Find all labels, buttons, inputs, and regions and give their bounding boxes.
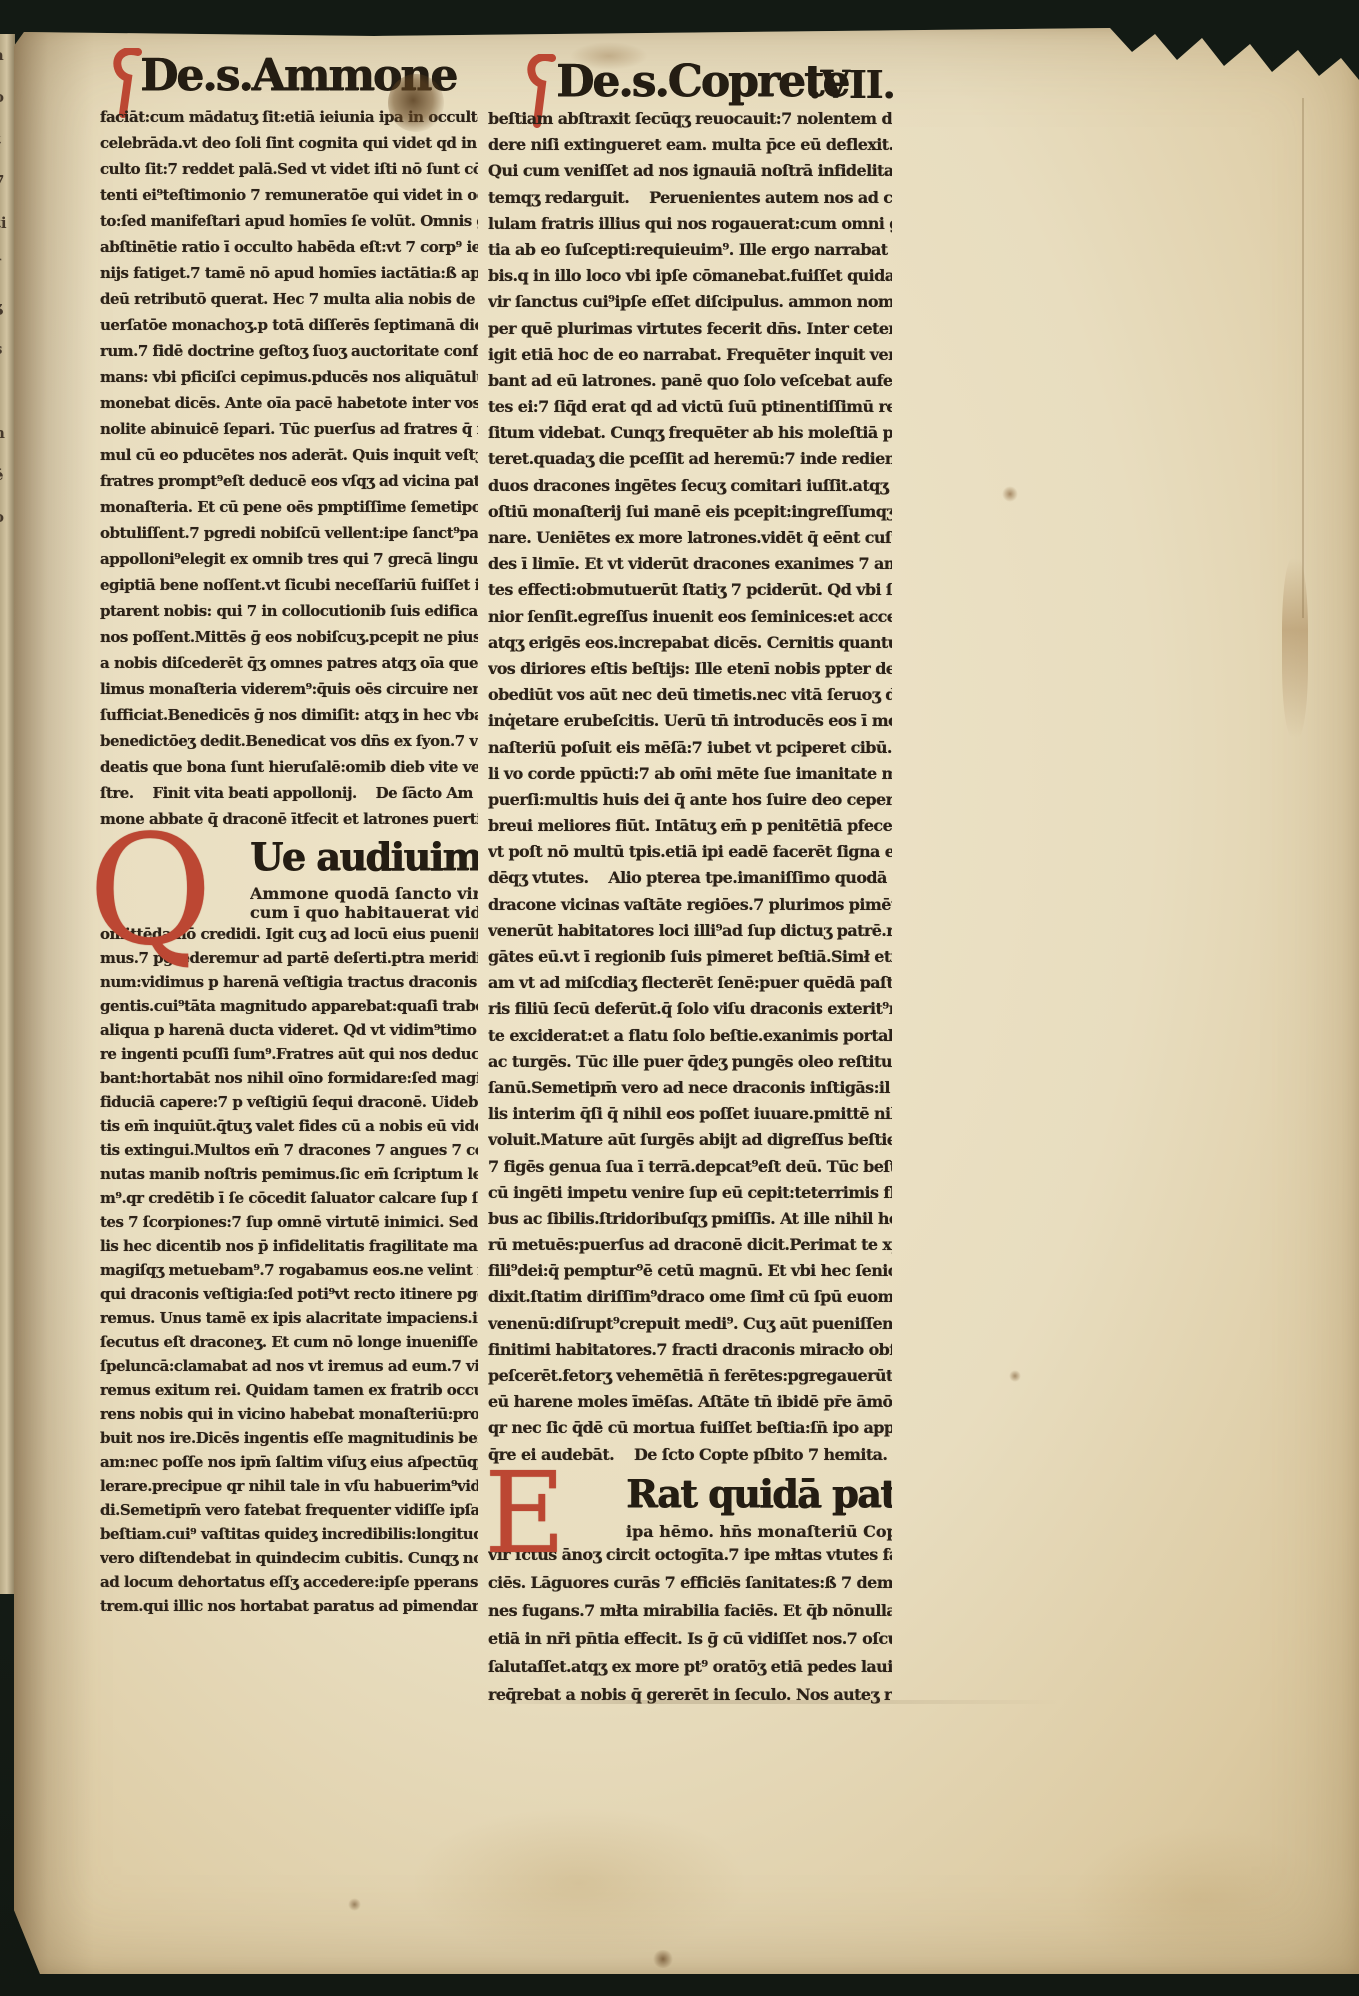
text-line: nes fugans.7 młta mirabilia faciēs. Et q… <box>488 1597 892 1625</box>
marginalia-fragment: 7 <box>0 160 15 202</box>
text-line: fratres prompt⁹eſt deducē eos vſqʒ ad vi… <box>100 468 478 494</box>
drop-cap-e: E <box>484 1466 566 1562</box>
text-line: tes ei:7 ſiq̄d erat qd ad victū ſuū ptin… <box>488 394 892 420</box>
text-line: ptarent nobis: qui 7 in collocutionib ſu… <box>100 598 478 624</box>
text-line: nos poſſent.Mittēs ḡ eos nobiſcuʒ.pcepit… <box>100 624 478 650</box>
text-line: mans: vbi pficiſci cepimus.pducēs nos al… <box>100 364 478 390</box>
text-line: dēqʒ vtutes. Alio pterea tpe.imaniſſimo … <box>488 865 892 891</box>
text-line: tenti ei⁹teſtimonio 7 remuneratōe qui vi… <box>100 182 478 208</box>
text-line: bus ac ſibilis.ſtridoribuſqʒ pmiſſis. At… <box>488 1206 892 1232</box>
text-line: deatis que bona ſunt hieruſalē:omib dieb… <box>100 754 478 780</box>
incunable-page-photo: aot7tiſʒsīnēo De.s.Ammone De.s.Coprete .… <box>0 0 1359 1996</box>
text-line: teret.quadaʒ die pceſſit ad heremū:7 ind… <box>488 446 892 472</box>
text-line: voluit.Mature aūt ſurgēs abijt ad digreſ… <box>488 1127 892 1153</box>
text-line: vt poſt nō multū tpis.etiā ipi eadē face… <box>488 839 892 865</box>
text-line: ris filiū ſecū deferūt.q̄ ſolo viſu drac… <box>488 996 892 1022</box>
text-line: vos diriores eſtis beſtijs: Ille etenī n… <box>488 656 892 682</box>
text-line: Ammone quodā ſancto viro.cui⁹ etiā lo <box>250 884 478 903</box>
text-line: temqʒ redarguit. Peruenientes autem nos … <box>488 185 892 211</box>
running-title-left: De.s.Ammone <box>140 50 456 102</box>
text-line: tes effecti:obmutuerūt ſtatiʒ 7 pciderūt… <box>488 577 892 603</box>
marginalia-fragment: o <box>0 76 15 118</box>
text-line: a nobis diſcederēt q̄ʒ omnes patres atqʒ… <box>100 650 478 676</box>
water-stain <box>414 1808 744 1958</box>
text-column-left: faciāt:cum mādatuʒ ſit:etiā ieiunia ipa … <box>100 104 478 1618</box>
text-line: am vt ad miſcdiaʒ flecterēt ſenē:puer qu… <box>488 970 892 996</box>
text-line: venerūt habitatores loci illi⁹ad ſup dic… <box>488 918 892 944</box>
chapter-opening-ammone: Q Ue audiuimus de Ammone quodā ſancto vi… <box>100 832 478 922</box>
text-line: ſitum videbat. Cunqʒ frequēter ab his mo… <box>488 420 892 446</box>
text-line: tis em̄ inquiūt.q̄tuʒ valet fides cū a n… <box>100 1114 478 1138</box>
right-column-upper-text: beſtiam abſtraxit ſecūqʒ reuocauit:7 nol… <box>488 106 892 1468</box>
fox-spot <box>652 1950 674 1968</box>
text-line: Qui cum veniſſet ad nos ignauiā noſtrā i… <box>488 158 892 184</box>
text-line: inq̇etare erubeſcitis. Uerū tn̄ introduc… <box>488 708 892 734</box>
text-line: remus. Unus tamē ex ipis alacritate impa… <box>100 1306 478 1330</box>
text-line: re ingenti pcuſſi ſum⁹.Fratres aūt qui n… <box>100 1042 478 1066</box>
text-line: ad locum dehortatus eſſʒ accedere:ipſe p… <box>100 1570 478 1594</box>
text-line: nare. Ueniētes ex more latrones.vidēt q̄… <box>488 525 892 551</box>
text-line: monaſteria. Et cū pene oēs pmptiſſime ſe… <box>100 494 478 520</box>
text-line: ipa hēmo. hn̄s monaſteriū Copres noīe <box>626 1522 892 1541</box>
water-stain <box>1074 1828 1324 1968</box>
text-line: mul cū eo pducētes nos aderāt. Quis inqu… <box>100 442 478 468</box>
text-line: tes 7 ſcorpiones:7 ſup omnē virtutē inim… <box>100 1210 478 1234</box>
fox-spot <box>1009 1370 1021 1382</box>
text-line: cū ingēti impetu venire ſup eū cepit:tet… <box>488 1180 892 1206</box>
text-line: dixit.ſtatim diriſſim⁹draco ome ſimł cū … <box>488 1284 892 1310</box>
text-line: vir ſanctus cui⁹ipſe eſſet diſcipulus. a… <box>488 289 892 315</box>
text-line: remus exitum rei. Quidam tamen ex fratri… <box>100 1378 478 1402</box>
marginalia-fragment: o <box>0 496 15 538</box>
text-line: beſtiam abſtraxit ſecūqʒ reuocauit:7 nol… <box>488 106 892 132</box>
text-line: obtuliſſent.7 pgredi nobiſcū vellent:ipe… <box>100 520 478 546</box>
text-line: gentis.cui⁹tāta magnitudo apparebat:quaſ… <box>100 994 478 1018</box>
text-line: fiduciā capere:7 p veſtigiū ſequi dracon… <box>100 1090 478 1114</box>
marginalia-fragment: ē <box>0 454 15 496</box>
marginalia-fragment: s <box>0 328 15 370</box>
text-line: lulam fratris illius qui nos rogauerat:c… <box>488 211 892 237</box>
text-line: req̄rebat a nobis q̄ gererēt in ſeculo. … <box>488 1681 892 1709</box>
text-line: ſpeluncā:clamabat ad nos vt iremus ad eu… <box>100 1354 478 1378</box>
text-line: culto ſit:7 reddet palā.Sed vt videt iſt… <box>100 156 478 182</box>
text-line: igit etiā hoc de eo narrabat. Frequēter … <box>488 342 892 368</box>
edge-stain <box>1282 558 1308 738</box>
text-line: beſtiam.cui⁹ vaſtitas quideʒ incredibili… <box>100 1522 478 1546</box>
text-line: faciāt:cum mādatuʒ ſit:etiā ieiunia ipa … <box>100 104 478 130</box>
incipit-heading-right: Rat quidā pater ī <box>626 1468 892 1522</box>
text-line: am:nec poſſe nos ipm̄ ſaltim viſuʒ eius … <box>100 1450 478 1474</box>
folio-number: .VII. <box>808 62 895 107</box>
text-line: cum ī quo habitauerat vidim⁹in deſerto <box>250 903 478 922</box>
text-line: lis interim q̄ſi q̄ nihil eos poſſet iuu… <box>488 1101 892 1127</box>
under-leaf-edge <box>1302 98 1304 618</box>
page-paper: De.s.Ammone De.s.Coprete .VII. faciāt:cu… <box>14 28 1359 1974</box>
text-line: rum.7 fidē doctrine geſtoʒ ſuoʒ auctorit… <box>100 338 478 364</box>
text-line: ſalutaſſet.atqʒ ex more pt⁹ oratōʒ etiā … <box>488 1653 892 1681</box>
fox-spot <box>348 1898 361 1911</box>
text-column-right: beſtiam abſtraxit ſecūqʒ reuocauit:7 nol… <box>488 106 892 1709</box>
text-line: puerſi:multis huis dei q̄ ante hos ſuire… <box>488 787 892 813</box>
left-column-lower-text: omittēda nō credidi. Igit cuʒ ad locū ei… <box>100 922 478 1618</box>
marginalia-fragment: a <box>0 34 15 76</box>
text-line: nijs fatiget.7 tamē nō apud homīes iactā… <box>100 260 478 286</box>
text-line: oſtiū monaſterij ſui manē eis pcepit:ing… <box>488 499 892 525</box>
text-line: m⁹.qr credētib ī ſe cōcedit ſaluator cal… <box>100 1186 478 1210</box>
text-line: 7 figēs genua ſua ī terrā.depcat⁹eſt deū… <box>488 1154 892 1180</box>
marginalia-fragment: ti <box>0 202 15 244</box>
text-line: aliqua p harenā ducta videret. Qd vt vid… <box>100 1018 478 1042</box>
text-line: tia ab eo ſuſcepti:requieuim⁹. Ille ergo… <box>488 237 892 263</box>
text-line: gātes eū.vt ī regionib ſuis pimeret beſt… <box>488 944 892 970</box>
text-line: naſteriū poſuit eis mēſā:7 iubet vt pcip… <box>488 735 892 761</box>
text-line: di.Semetipm̄ vero fatebat frequenter vid… <box>100 1498 478 1522</box>
text-line: bant:hortabāt nos nihil oīno formidare:ſ… <box>100 1066 478 1090</box>
text-line: per quē plurimas virtutes fecerit dn̄s. … <box>488 316 892 342</box>
text-line: ſanū.Semetipm̄ vero ad nece draconis inſ… <box>488 1075 892 1101</box>
text-line: rens nobis qui in vicino habebat monaſte… <box>100 1402 478 1426</box>
marginalia-fragment: ī <box>0 370 15 412</box>
text-line: uerſatōe monachoʒ.p totā diſſerēs ſeptim… <box>100 312 478 338</box>
text-line: etiā in nr̄i pn̄tia effecit. Is ḡ cū vid… <box>488 1625 892 1653</box>
text-line: qr nec ſic q̄dē cū mortua fuiſſet beſtia… <box>488 1415 892 1441</box>
text-line: nolite abinuicē ſepari. Tūc puerſus ad f… <box>100 416 478 442</box>
text-line: to:ſed manifeſtari apud homīes ſe volūt.… <box>100 208 478 234</box>
text-line: duos dracones ingētes ſecuʒ comitari iuſ… <box>488 473 892 499</box>
text-line: bant ad eū latrones. panē quo ſolo veſce… <box>488 368 892 394</box>
marginalia-fragment: t <box>0 118 15 160</box>
text-line: bis.q in illo loco vbi ipſe cōmanebat.fu… <box>488 263 892 289</box>
text-line: rū metuēs:puerſus ad draconē dicit.Perim… <box>488 1232 892 1258</box>
text-line: venenū:diſrupt⁹crepuit medi⁹. Cuʒ aūt pu… <box>488 1311 892 1337</box>
drop-cap-q: Q <box>88 828 213 954</box>
text-line: eū harene moles īmēſas. Aſtāte tn̄ ibidē… <box>488 1389 892 1415</box>
chapter-opening-copres: E Rat quidā pater ī ipa hēmo. hn̄s monaſ… <box>488 1468 892 1541</box>
text-line: dracone vicinas vaſtāte regiōes.7 plurim… <box>488 892 892 918</box>
text-line: peſcerēt.fetorʒ vehemētiā n̄ ferētes:pgr… <box>488 1363 892 1389</box>
text-line: lerare.precipue qr nihil tale in vſu hab… <box>100 1474 478 1498</box>
text-line: finitimi habitatores.7 fracti draconis m… <box>488 1337 892 1363</box>
text-line: tis extingui.Multos em̄ 7 dracones 7 ang… <box>100 1138 478 1162</box>
text-line: trem.qui illic nos hortabat paratus ad p… <box>100 1594 478 1618</box>
text-line: des ī limīe. Et vt viderūt dracones exan… <box>488 551 892 577</box>
text-line: monebat dicēs. Ante oīa pacē habetote in… <box>100 390 478 416</box>
text-line: vero diſtendebat in quindecim cubitis. C… <box>100 1546 478 1570</box>
text-line: fili⁹dei:q̄ pemptur⁹ē cetū magnū. Et vbi… <box>488 1258 892 1284</box>
text-line: celebrāda.vt deo ſoli ſint cognita qui v… <box>100 130 478 156</box>
marginalia-fragment: ſ <box>0 244 15 286</box>
text-line: obediūt vos aūt nec deū timetis.nec vitā… <box>488 682 892 708</box>
text-line: buit nos ire.Dicēs ingentis eſſe magnitu… <box>100 1426 478 1450</box>
text-line: breui meliores fiūt. Intātuʒ em̄ p penit… <box>488 813 892 839</box>
left-column-upper-text: faciāt:cum mādatuʒ ſit:etiā ieiunia ipa … <box>100 104 478 832</box>
text-line: ſecutus eſt draconeʒ. Et cum nō longe in… <box>100 1330 478 1354</box>
running-title-right: De.s.Coprete <box>556 56 848 108</box>
text-line: benedictōeʒ dedit.Benedicat vos dn̄s ex … <box>100 728 478 754</box>
marginalia-fragment: ʒ <box>0 286 15 328</box>
text-line: te exciderat:et a flatu ſolo beſtie.exan… <box>488 1023 892 1049</box>
text-line: egiptiā bene noſſent.vt ſicubi neceſſari… <box>100 572 478 598</box>
facing-page-edge: aot7tiſʒsīnēo <box>0 34 15 1594</box>
incipit-heading-left: Ue audiuimus de <box>250 832 478 884</box>
text-line: appolloni⁹elegit ex omnib tres qui 7 gre… <box>100 546 478 572</box>
text-line: nutas manib noſtris pemimus.ſic em̄ ſcri… <box>100 1162 478 1186</box>
text-line: dere niſi extingueret eam. multa p̄ce eū… <box>488 132 892 158</box>
text-line: qui draconis veſtigia:ſed poti⁹vt recto … <box>100 1282 478 1306</box>
marginalia-fragment: n <box>0 412 15 454</box>
text-line: ſufficiat.Benedicēs ḡ nos dimiſit: atqʒ … <box>100 702 478 728</box>
text-line: deū retributō querat. Hec 7 multa alia n… <box>100 286 478 312</box>
text-line: atqʒ erigēs eos.increpabat dicēs. Cernit… <box>488 630 892 656</box>
text-line: ac turgēs. Tūc ille puer q̄deʒ pungēs ol… <box>488 1049 892 1075</box>
text-line: limus monaſteria viderem⁹:q̄uis oēs circ… <box>100 676 478 702</box>
text-line: li vo corde ppūcti:7 ab om̄i mēte ſue im… <box>488 761 892 787</box>
text-line: abſtinētie ratio ī occulto habēda eſt:vt… <box>100 234 478 260</box>
fox-spot <box>1002 486 1018 502</box>
text-line: magiſqʒ metuebam⁹.7 rogabamus eos.ne vel… <box>100 1258 478 1282</box>
marginalia-strip: aot7tiſʒsīnēo <box>0 34 15 538</box>
text-line: lis hec dicentib nos p̄ infidelitatis fr… <box>100 1234 478 1258</box>
text-line: nior ſenſit.egreſſus inuenit eos ſeminic… <box>488 604 892 630</box>
